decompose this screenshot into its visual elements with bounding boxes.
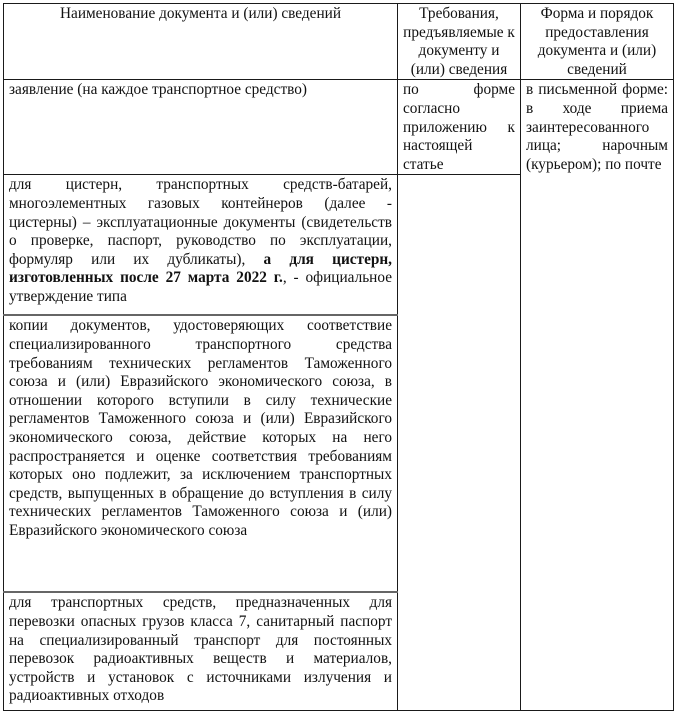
table-header-row: Наименование документа и (или) сведений …: [4, 4, 674, 80]
row-1-document-name: заявление (на каждое транспортное средст…: [4, 80, 398, 175]
requirements-empty-cell: [398, 175, 521, 711]
header-form-procedure: Форма и порядок предоставления документа…: [521, 4, 674, 80]
header-document-name: Наименование документа и (или) сведений: [4, 4, 398, 80]
row-3-document-name: копии документов, удостоверяющих соответ…: [4, 315, 398, 592]
form-procedure-cell: в письменной форме: в ходе приема заинте…: [521, 80, 674, 711]
header-requirements: Требования, предъявляемые к документу и …: [398, 4, 521, 80]
table-row: заявление (на каждое транспортное средст…: [4, 80, 674, 175]
row-1-requirements: по форме согласно приложению к настоящей…: [398, 80, 521, 175]
row-2-document-name: для цистерн, транспортных средств-батаре…: [4, 175, 398, 316]
row-4-document-name: для транспортных средств, предназначенны…: [4, 592, 398, 711]
documents-table: Наименование документа и (или) сведений …: [3, 3, 674, 711]
